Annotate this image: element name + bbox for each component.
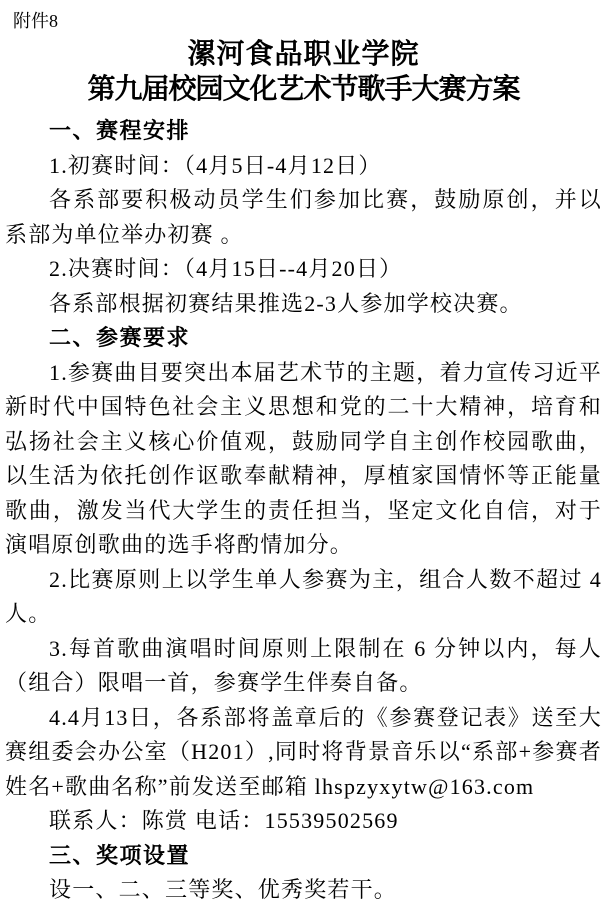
section-heading-awards: 三、奖项设置: [5, 839, 602, 874]
para-contact-info: 联系人：陈赏 电话：15539502569: [5, 804, 602, 839]
para-requirement-duration: 3.每首歌曲演唱时间原则上限制在 6 分钟以内，每人（组合）限唱一首，参赛学生伴…: [5, 632, 602, 701]
para-final-detail: 各系部根据初赛结果推选2-3人参加学校决赛。: [5, 287, 602, 322]
attachment-label: 附件8: [5, 8, 602, 34]
document-body: 一、赛程安排 1.初赛时间：（4月5日-4月12日） 各系部要积极动员学生们参加…: [5, 114, 602, 908]
section-heading-requirements: 二、参赛要求: [5, 321, 602, 356]
para-awards-detail: 设一、二、三等奖、优秀奖若干。: [5, 873, 602, 908]
para-requirement-group-size: 2.比赛原则上以学生单人参赛为主，组合人数不超过 4人。: [5, 563, 602, 632]
para-preliminary-time: 1.初赛时间：（4月5日-4月12日）: [5, 149, 602, 184]
document-title-college: 漯河食品职业学院: [5, 36, 602, 71]
para-preliminary-detail: 各系部要积极动员学生们参加比赛，鼓励原创，并以系部为单位举办初赛 。: [5, 183, 602, 252]
section-heading-schedule: 一、赛程安排: [5, 114, 602, 149]
document-title-event: 第九届校园文化艺术节歌手大赛方案: [5, 71, 602, 106]
para-requirement-registration: 4.4月13日，各系部将盖章后的《参赛登记表》送至大赛组委会办公室（H201）,…: [5, 701, 602, 805]
document-page: 附件8 漯河食品职业学院 第九届校园文化艺术节歌手大赛方案 一、赛程安排 1.初…: [0, 0, 610, 908]
para-requirement-theme: 1.参赛曲目要突出本届艺术节的主题，着力宣传习近平新时代中国特色社会主义思想和党…: [5, 356, 602, 563]
para-final-time: 2.决赛时间：（4月15日--4月20日）: [5, 252, 602, 287]
